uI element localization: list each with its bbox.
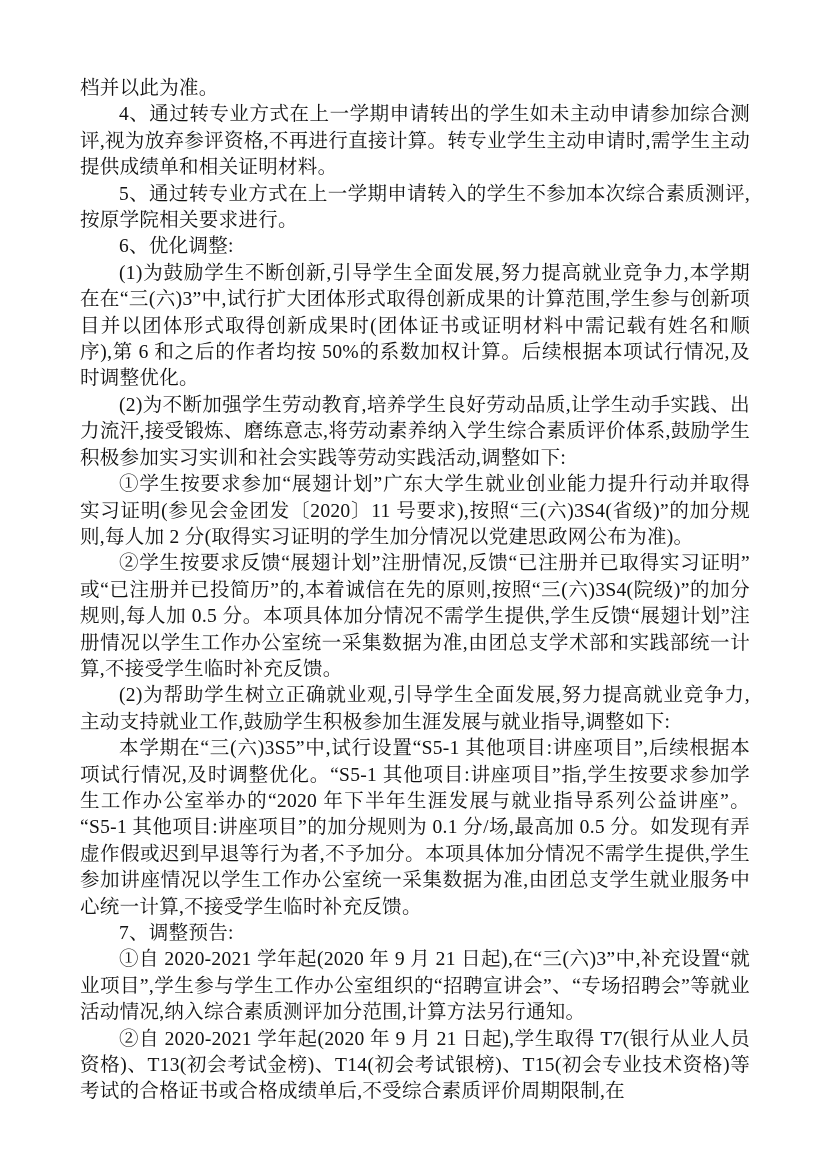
paragraph-item-6-1: (1)为鼓励学生不断创新,引导学生全面发展,努力提高就业竞争力,本学期在在“三(… bbox=[80, 261, 750, 393]
paragraph-item-5: 5、通过转专业方式在上一学期申请转入的学生不参加本次综合素质测评,按原学院相关要… bbox=[80, 182, 750, 235]
paragraph-item-4: 4、通过转专业方式在上一学期申请转出的学生如未主动申请参加综合测评,视为放弃参评… bbox=[80, 102, 750, 181]
paragraph-item-6-2b: (2)为帮助学生树立正确就业观,引导学生全面发展,努力提高就业竞争力,主动支持就… bbox=[80, 683, 750, 736]
paragraph-item-6-2b-detail: 本学期在“三(六)3S5”中,试行设置“S5-1 其他项目:讲座项目”,后续根据… bbox=[80, 736, 750, 921]
paragraph-item-7-circle1: ①自 2020-2021 学年起(2020 年 9 月 21 日起),在“三(六… bbox=[80, 947, 750, 1026]
paragraph-item-7-circle2: ②自 2020-2021 学年起(2020 年 9 月 21 日起),学生取得 … bbox=[80, 1027, 750, 1106]
paragraph-item-7-heading: 7、调整预告: bbox=[80, 921, 750, 947]
document-text-block: 档并以此为准。 4、通过转专业方式在上一学期申请转出的学生如未主动申请参加综合测… bbox=[80, 76, 750, 1106]
paragraph-continuation: 档并以此为准。 bbox=[80, 76, 750, 102]
document-page: 档并以此为准。 4、通过转专业方式在上一学期申请转出的学生如未主动申请参加综合测… bbox=[0, 0, 827, 1169]
paragraph-item-6-2-circle1: ①学生按要求参加“展翅计划”广东大学生就业创业能力提升行动并取得实习证明(参见会… bbox=[80, 472, 750, 551]
paragraph-item-6-2-circle2: ②学生按要求反馈“展翅计划”注册情况,反馈“已注册并已取得实习证明”或“已注册并… bbox=[80, 551, 750, 683]
paragraph-item-6-2: (2)为不断加强学生劳动教育,培养学生良好劳动品质,让学生动手实践、出力流汗,接… bbox=[80, 393, 750, 472]
paragraph-item-6-heading: 6、优化调整: bbox=[80, 234, 750, 260]
